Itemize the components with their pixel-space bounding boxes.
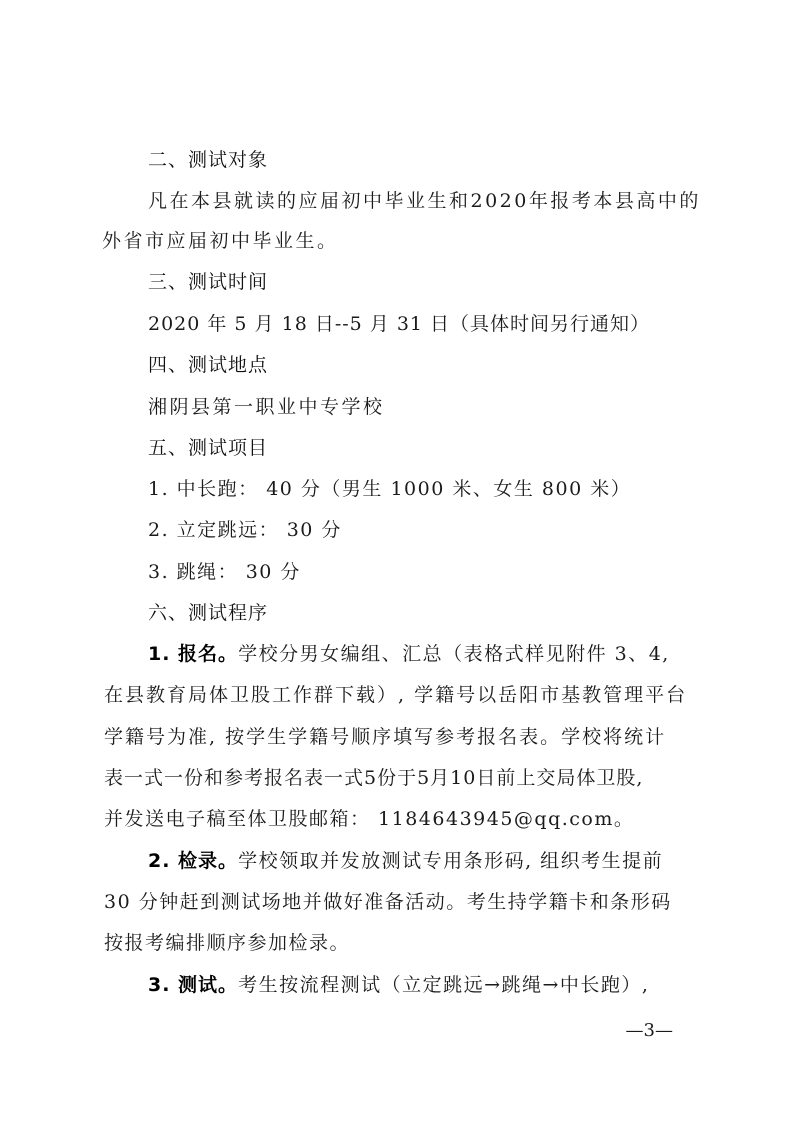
test-item: 3. 跳绳： 30 分	[148, 558, 301, 586]
paragraph-line: 在县教育局体卫股工作群下载）, 学籍号以岳阳市基教管理平台	[104, 681, 687, 709]
email-line: 并发送电子稿至体卫股邮箱： 1184643945@qq.com。	[104, 805, 634, 833]
step-lead: 3. 测试。	[148, 974, 238, 996]
paragraph-line: 30 分钟赶到测试场地并做好准备活动。考生持学籍卡和条形码	[104, 888, 672, 916]
step-text: 学校分男女编组、汇总（表格式样见附件 3、4,	[238, 643, 670, 665]
step-text: 学校领取并发放测试专用条形码, 组织考生提前	[238, 850, 663, 872]
page-number: —3—	[626, 1020, 673, 1041]
document-page: 二、测试对象 凡在本县就读的应届初中毕业生和2020年报考本县高中的 外省市应届…	[0, 0, 793, 1122]
section-heading-test-time: 三、测试时间	[148, 268, 268, 296]
section-heading-test-subjects: 二、测试对象	[148, 146, 268, 174]
test-item: 2. 立定跳远： 30 分	[148, 516, 342, 544]
procedure-step-registration: 1. 报名。学校分男女编组、汇总（表格式样见附件 3、4,	[148, 640, 670, 668]
step-text: 考生按流程测试（立定跳远→跳绳→中长跑）,	[238, 974, 649, 996]
test-item: 1. 中长跑： 40 分（男生 1000 米、女生 800 米）	[148, 475, 631, 503]
paragraph-line: 湘阴县第一职业中专学校	[148, 393, 385, 421]
section-heading-test-location: 四、测试地点	[148, 351, 268, 379]
section-heading-test-procedure: 六、测试程序	[148, 599, 268, 627]
paragraph-line: 外省市应届初中毕业生。	[102, 227, 339, 255]
paragraph-line: 按报考编排顺序参加检录。	[104, 929, 350, 957]
procedure-step-checkin: 2. 检录。学校领取并发放测试专用条形码, 组织考生提前	[148, 847, 663, 875]
paragraph-line: 2020 年 5 月 18 日--5 月 31 日（具体时间另行通知）	[148, 310, 650, 338]
step-lead: 1. 报名。	[148, 643, 238, 665]
paragraph-line: 凡在本县就读的应届初中毕业生和2020年报考本县高中的	[148, 187, 701, 215]
paragraph-line: 表一式一份和参考报名表一式5份于5月10日前上交局体卫股,	[104, 764, 643, 792]
paragraph-line: 学籍号为准, 按学生学籍号顺序填写参考报名表。学校将统计	[104, 723, 666, 751]
procedure-step-testing: 3. 测试。考生按流程测试（立定跳远→跳绳→中长跑）,	[148, 971, 649, 999]
step-lead: 2. 检录。	[148, 850, 238, 872]
section-heading-test-items: 五、测试项目	[148, 434, 268, 462]
